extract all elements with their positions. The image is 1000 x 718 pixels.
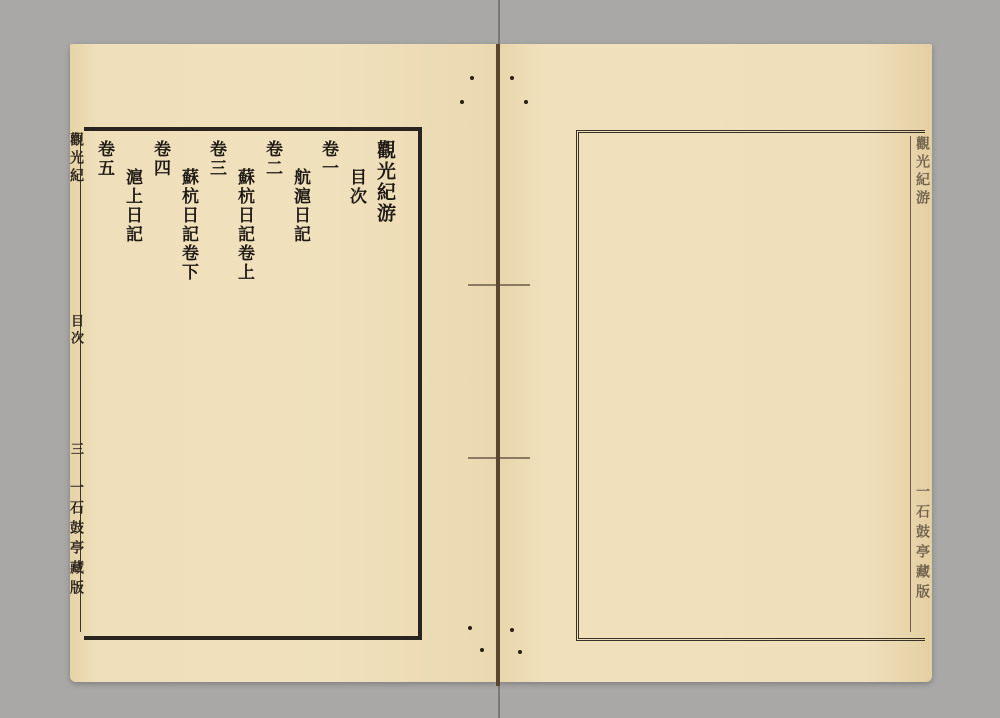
- right-page-frame: [576, 130, 925, 641]
- toc-volume-4: 卷四: [148, 140, 173, 178]
- right-margin-line: [910, 136, 911, 632]
- binding-hole: [524, 100, 528, 104]
- book-spine-gutter: [496, 44, 500, 686]
- toc-title-1: 航滬日記: [288, 168, 313, 244]
- toc-section-heading: 目次: [344, 168, 369, 206]
- toc-title-3: 蘇杭日記卷下: [176, 168, 201, 282]
- toc-title-2: 蘇杭日記卷上: [232, 168, 257, 282]
- margin-page-number: 三: [66, 442, 85, 472]
- right-margin-publisher-mark: 一石鼓亭藏版: [912, 484, 932, 644]
- binding-hole: [460, 100, 464, 104]
- margin-publisher-mark: 一石鼓亭藏版: [66, 480, 86, 630]
- binding-thread: [500, 284, 530, 286]
- right-page: 觀光紀游 一石鼓亭藏版: [500, 44, 932, 682]
- toc-book-title: 觀光紀游: [372, 140, 399, 224]
- left-page: 觀光紀 目次 三 一石鼓亭藏版 觀光紀游 目次 卷一 航滬日記 卷二 蘇杭日記卷…: [70, 44, 498, 682]
- binding-hole: [510, 628, 514, 632]
- binding-hole: [510, 76, 514, 80]
- toc-volume-3: 卷三: [204, 140, 229, 178]
- margin-section: 目次: [66, 314, 85, 374]
- binding-hole: [480, 648, 484, 652]
- binding-thread: [468, 457, 498, 459]
- binding-thread: [468, 284, 498, 286]
- toc-volume-2: 卷二: [260, 140, 285, 178]
- binding-hole: [470, 76, 474, 80]
- binding-hole: [468, 626, 472, 630]
- toc-title-4: 滬上日記: [120, 168, 145, 244]
- toc-volume-1: 卷一: [316, 140, 341, 178]
- toc-volume-5: 卷五: [92, 140, 117, 178]
- binding-thread: [500, 457, 530, 459]
- margin-book-title: 觀光紀: [66, 132, 86, 252]
- binding-hole: [518, 650, 522, 654]
- right-margin-book-title: 觀光紀游: [912, 136, 932, 276]
